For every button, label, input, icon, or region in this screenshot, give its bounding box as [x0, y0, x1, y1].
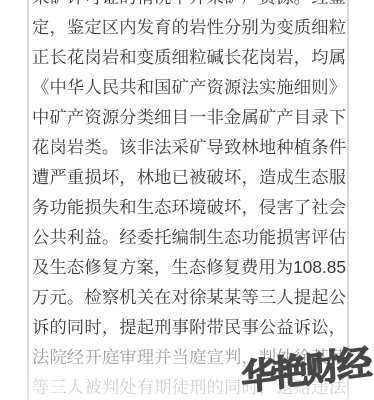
text-line: 花岗岩类。该非法采矿导致林地种植条件: [32, 132, 346, 162]
text-line: 务功能损失和生态环境破坏，侵害了社会: [32, 192, 346, 222]
article-text: 采矿许可证的情况下开采矿产资源。经鉴定，鉴定区内发育的岩性分别为变质细粒正长花岗…: [32, 0, 346, 400]
text-line: 《中华人民共和国矿产资源法实施细则》: [32, 72, 346, 102]
text-line: 采矿许可证的情况下开采矿产资源。经鉴: [32, 0, 346, 12]
text-line: 及生态修复方案，生态修复费用为108.85: [32, 252, 346, 282]
text-line: 诉的同时，提起刑事附带民事公益诉讼，: [32, 312, 346, 342]
text-line: 定，鉴定区内发育的岩性分别为变质细粒: [32, 12, 346, 42]
text-line: 中矿产资源分类细目一非金属矿产目录下: [32, 102, 346, 132]
left-border-line: [27, 0, 29, 400]
article-page: 采矿许可证的情况下开采矿产资源。经鉴定，鉴定区内发育的岩性分别为变质细粒正长花岗…: [0, 0, 374, 400]
text-line: 万元。检察机关在对徐某某等三人提起公: [32, 282, 346, 312]
text-line: 遭严重损坏，林地已被破坏，造成生态服: [32, 162, 346, 192]
text-line: 正长花岗岩和变质细粒碱长花岗岩，均属: [32, 42, 346, 72]
text-line: 公共利益。经委托编制生态功能损害评估: [32, 222, 346, 252]
